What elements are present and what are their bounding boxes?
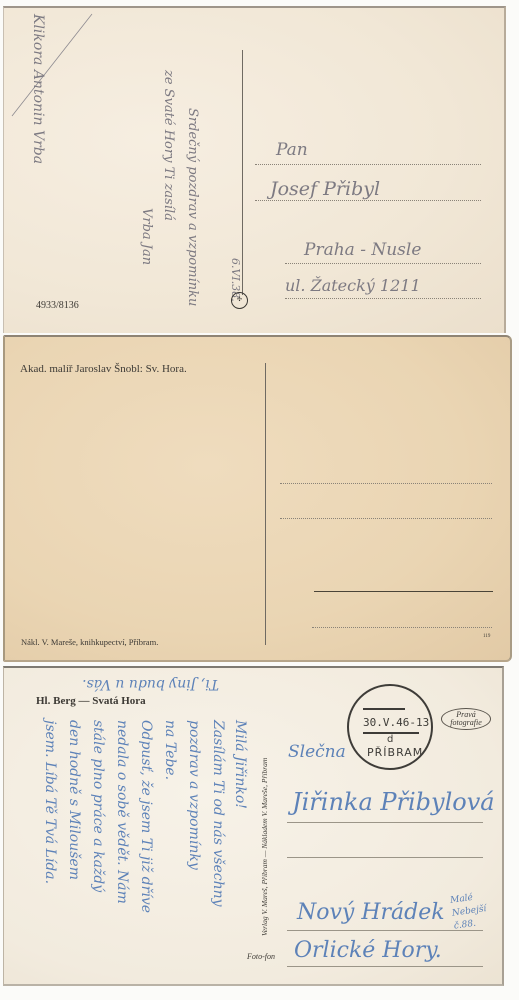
message-line-6: nedala o sobě vědět. Nám (114, 720, 130, 904)
message-line-1: Srdečný pozdrav a vzpomínku (185, 108, 200, 306)
publisher-logo-icon: ✣ (231, 292, 248, 309)
artwork-caption: Hl. Berg — Svatá Hora (36, 695, 146, 707)
message-line-2: ze Svaté Hory Ti zasílá (161, 70, 176, 221)
address-line-1 (255, 164, 481, 165)
message-line-7: stále plno práce a každý (90, 720, 106, 892)
card-divider (265, 363, 266, 645)
address-name: Josef Přibyl (270, 178, 380, 200)
address-side-note: Malé Nebejší č.88. (449, 889, 494, 933)
publisher-imprint-vertical: Verlag V. Mareš, Příbram — Nákladem V. M… (260, 758, 269, 936)
publisher-imprint: Nákl. V. Mareše, knihkupectví, Příbram. (21, 637, 158, 647)
address-salutation: Pan (276, 140, 308, 160)
message-line-3: Vrba Jan (139, 208, 154, 265)
postmark-date: 30.V.46-13 (363, 716, 429, 729)
corner-diagonal-line (4, 8, 104, 128)
message-line-4: na Tebe. (162, 720, 178, 780)
address-solid-line (314, 591, 493, 592)
address-line-4 (287, 966, 483, 967)
postcard-bottom: Hl. Berg — Svatá Hora Ti, Jiny budu u Vá… (3, 666, 504, 986)
postmark-letter: d (387, 734, 393, 745)
serial-number: 4933/8136 (36, 300, 79, 311)
address-line-1 (280, 483, 492, 484)
message-line-2: Zasílám Ti od nás všechny (210, 720, 226, 907)
artwork-caption: Akad. malíř Jaroslav Šnobl: Sv. Hora. (20, 363, 187, 375)
photo-credit: Foto-fon (247, 952, 275, 961)
address-line-2 (287, 857, 483, 858)
address-salutation: Slečna (288, 742, 346, 762)
message-line-9: jsem. Líbá Tě Tvá Lída. (42, 720, 58, 884)
address-region: Orlické Hory. (294, 938, 442, 963)
real-photo-mark: Pravá fotografie (441, 708, 491, 730)
address-street: ul. Žatecký 1211 (285, 276, 421, 295)
top-note: Ti, Jiny budu u Vás. (29, 676, 219, 692)
address-line-4 (285, 298, 481, 299)
sender-corner-note: Klikora Antonin Vrba (30, 14, 46, 164)
address-line-2 (255, 200, 481, 201)
address-city: Praha - Nusle (304, 240, 421, 260)
message-line-3: pozdrav a vzpomínky (186, 720, 202, 870)
message-line-5: Odpusť, že jsem Ti již dříve (138, 720, 154, 913)
postmark: 30.V.46-13 d PŘÍBRAM (347, 684, 433, 770)
address-line-2 (280, 518, 492, 519)
message-line-8: den hodně s Miloušem (66, 720, 82, 880)
address-line-3 (285, 263, 481, 264)
address-name: Jiřinka Přibylová (292, 788, 495, 816)
card-divider (242, 50, 243, 295)
address-town: Nový Hrádek (297, 900, 445, 925)
postcard-middle: Akad. malíř Jaroslav Šnobl: Sv. Hora. Ná… (3, 335, 512, 662)
message-line-1: Milá Jiřinko! (232, 720, 248, 809)
postcard-top: Klikora Antonin Vrba Srdečný pozdrav a v… (3, 6, 506, 333)
address-line-1 (287, 822, 483, 823)
address-line-4 (312, 627, 492, 628)
print-code: 119 (483, 634, 490, 639)
postmark-town: PŘÍBRAM (367, 746, 423, 759)
